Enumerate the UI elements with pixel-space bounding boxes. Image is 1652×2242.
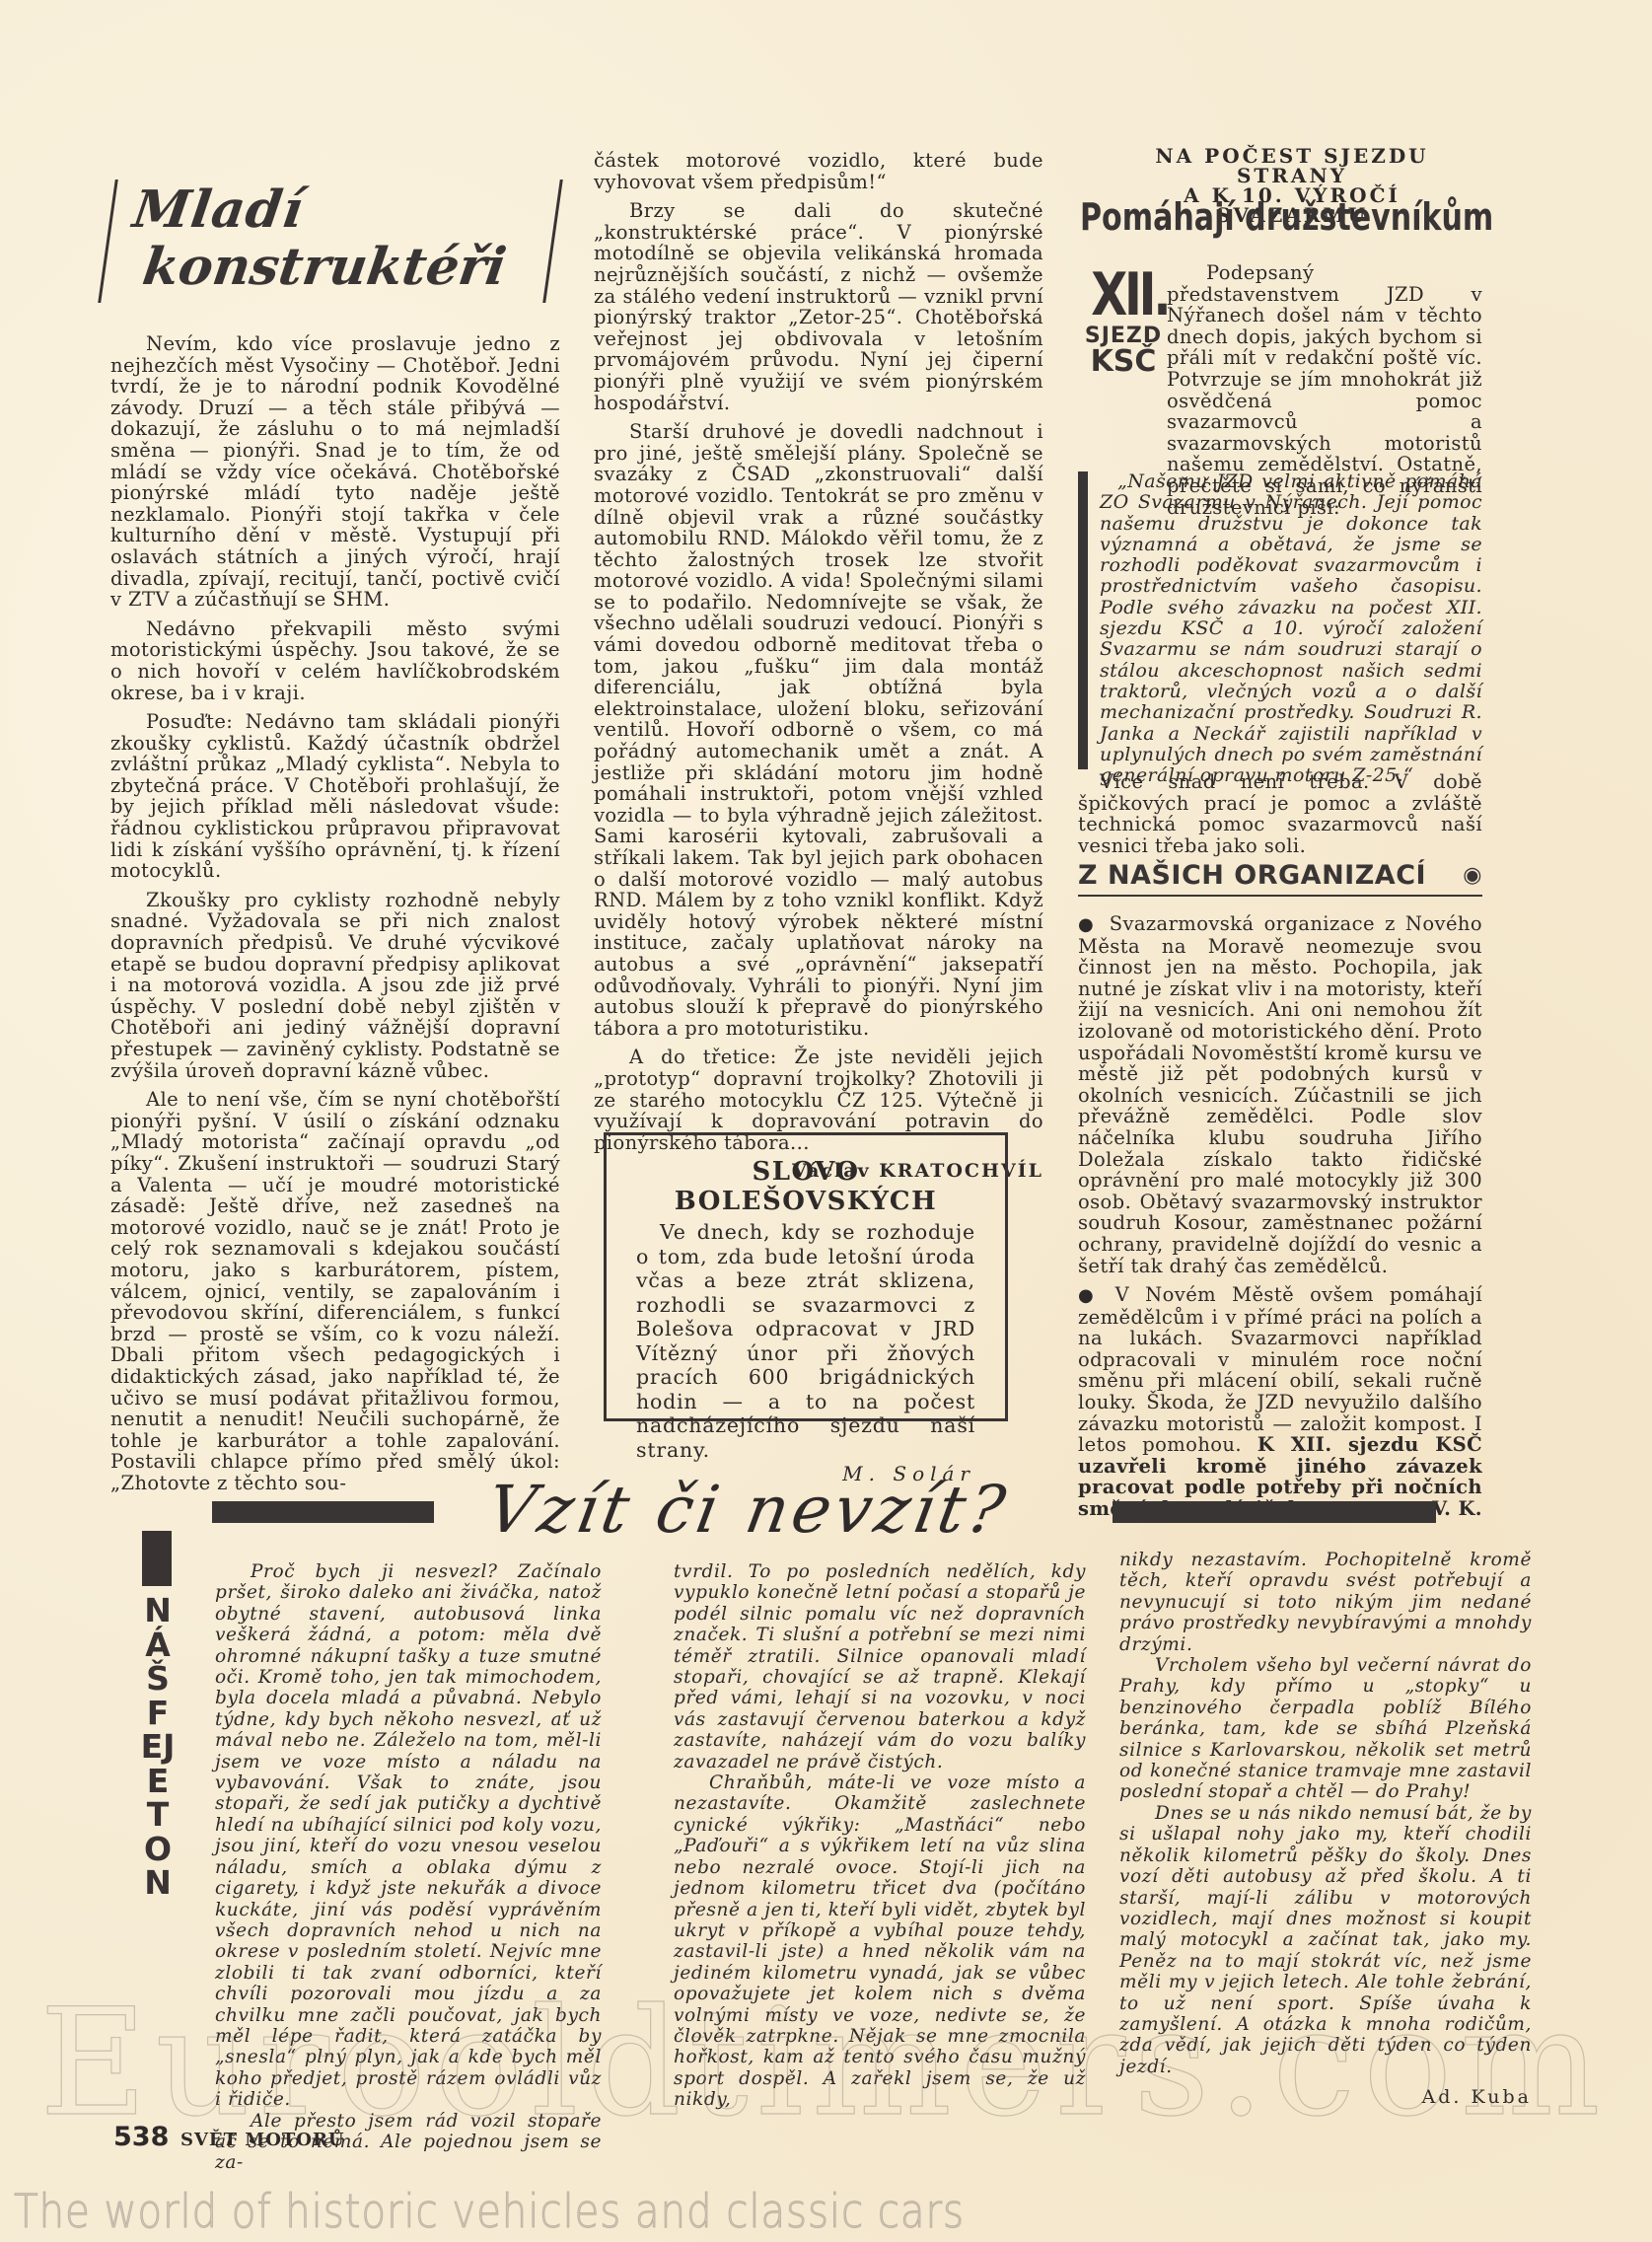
watermark-tagline: The world of historic vehicles and class… bbox=[14, 2185, 965, 2239]
notice-title: SLOVO BOLEŠOVSKÝCH bbox=[636, 1157, 975, 1216]
paragraph: částek motorové vozidlo, které bude vyho… bbox=[594, 150, 1043, 192]
paragraph: Starší druhové je dovedli nadchnout i pr… bbox=[594, 421, 1043, 1039]
organizations-heading: Z NAŠICH ORGANIZACÍ ◉ bbox=[1078, 860, 1482, 897]
paragraph: Posuďte: Nedávno tam skládali pionýři zk… bbox=[110, 711, 560, 882]
paragraph: tvrdil. To po posledních nedělích, kdy v… bbox=[674, 1561, 1086, 1772]
paragraph: Vrcholem všeho byl večerní návrat do Pra… bbox=[1119, 1655, 1532, 1803]
paragraph: Zkoušky pro cyklisty rozhodně nebyly sna… bbox=[110, 890, 560, 1081]
article2-quote: „Našemu JZD velmi aktivně pomáhá ZO Svaz… bbox=[1100, 471, 1482, 794]
title-line-2: konstruktéři bbox=[139, 237, 510, 297]
article1-column-1: Nevím, kdo více proslavuje jedno z nejhe… bbox=[110, 333, 560, 1501]
paragraph: Brzy se dali do skutečné „konstruktérské… bbox=[594, 200, 1043, 413]
paragraph: Více snad není třeba. V době špičkových … bbox=[1078, 771, 1482, 856]
section-label-text: NÁŠ FEJETON bbox=[138, 1594, 178, 1901]
paragraph: Nedávno překvapili město svými motoristi… bbox=[110, 618, 560, 703]
article2-outro: Více snad není třeba. V době špičkových … bbox=[1078, 771, 1482, 864]
news-item-text: V Novém Městě ovšem pomáhají zemědělcům … bbox=[1078, 1283, 1482, 1456]
paragraph: nikdy nezastavím. Pochopitelně kromě těc… bbox=[1119, 1550, 1532, 1655]
news-item: Svazarmovská organizace z Nového Města n… bbox=[1078, 913, 1482, 1276]
notice-body: Ve dnech, kdy se rozhoduje o tom, zda bu… bbox=[636, 1220, 975, 1462]
quote-bar bbox=[1078, 471, 1088, 769]
bullet-icon bbox=[1078, 1283, 1115, 1306]
paragraph: Ale to není vše, čím se nyní chotěbořští… bbox=[110, 1089, 560, 1493]
title-rule-left bbox=[212, 1501, 434, 1523]
label-block bbox=[142, 1531, 172, 1586]
quote-text: „Našemu JZD velmi aktivně pomáhá ZO Svaz… bbox=[1100, 471, 1482, 786]
title-line-1: Mladí bbox=[129, 180, 308, 240]
target-icon: ◉ bbox=[1463, 863, 1482, 888]
article1-column-2: částek motorové vozidlo, které bude vyho… bbox=[594, 150, 1043, 1183]
feuilleton-title: Vzít či nevzít? bbox=[481, 1472, 1014, 1548]
notice-box: SLOVO BOLEŠOVSKÝCH Ve dnech, kdy se rozh… bbox=[604, 1132, 1008, 1421]
kicker-line-1: NA POČEST SJEZDU STRANY bbox=[1105, 146, 1479, 185]
organizations-body: Svazarmovská organizace z Nového Města n… bbox=[1078, 913, 1482, 1520]
title-rule-right bbox=[1113, 1501, 1436, 1523]
heading-text: Z NAŠICH ORGANIZACÍ bbox=[1078, 860, 1426, 891]
article-title-script: Mladí konstruktéři bbox=[98, 180, 563, 303]
article2-headline: Pomáhají družstevníkům bbox=[1080, 195, 1493, 239]
paragraph: Nevím, kdo více proslavuje jedno z nejhe… bbox=[110, 333, 560, 611]
watermark-url: Eurooldtimers.com bbox=[39, 1978, 1609, 2149]
